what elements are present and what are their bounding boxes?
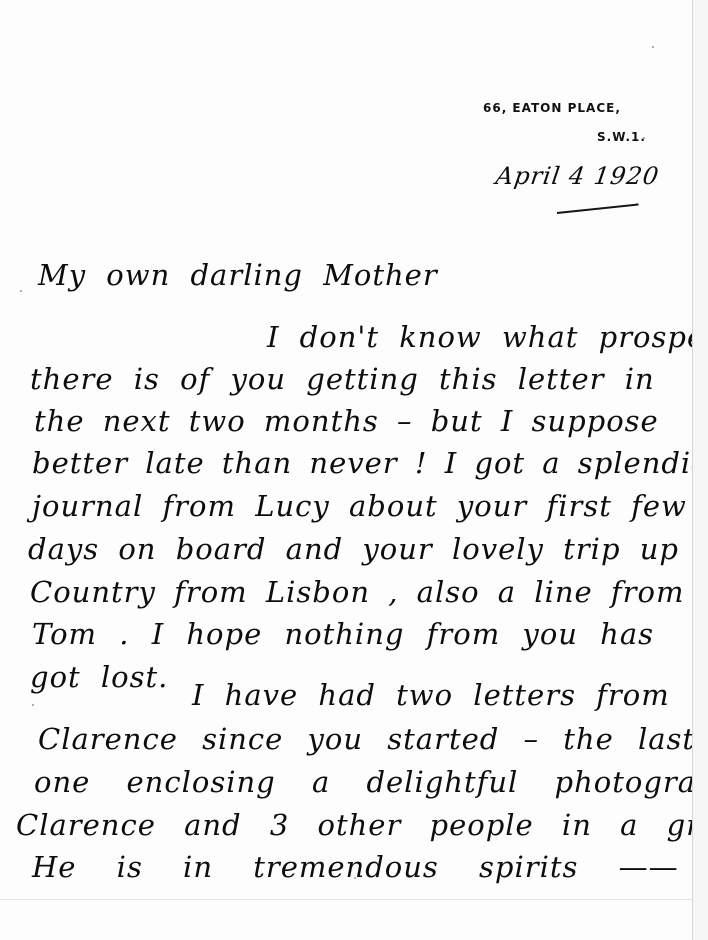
paper-speck (652, 46, 654, 48)
body-line: journal from Lucy about your first few (32, 489, 687, 523)
letterhead-address-line1: 66, EATON PLACE, (483, 101, 621, 115)
body-line: got lost. (30, 660, 168, 694)
paper-speck (354, 877, 356, 879)
letter-page: 66, EATON PLACE, S.W.1. April 4 1920 My … (0, 0, 692, 940)
letter-date: April 4 1920 (494, 162, 661, 190)
date-underline (557, 203, 639, 214)
body-line: better late than never ! I got a splendi… (32, 446, 708, 480)
body-line: there is of you getting this letter in (30, 362, 655, 396)
paper-speck (643, 137, 645, 139)
letterhead-address-line2: S.W.1. (597, 130, 646, 144)
scan-margin (693, 0, 708, 940)
paper-speck (20, 290, 22, 292)
body-line: He is in tremendous spirits —— but (32, 850, 708, 884)
body-line: one enclosing a delightful photograph of (34, 765, 708, 799)
body-line: I have had two letters from (192, 678, 670, 712)
body-line: Clarence since you started – the last (38, 722, 695, 756)
body-line: the next two months – but I suppose (34, 404, 659, 438)
paper-fold-line (0, 899, 692, 900)
salutation: My own darling Mother (38, 258, 438, 292)
body-line: I don't know what prospect (267, 320, 708, 354)
body-line: Country from Lisbon , also a line from (30, 575, 684, 609)
body-line: days on board and your lovely trip up (28, 532, 679, 566)
body-line: Tom . I hope nothing from you has (32, 617, 654, 651)
paper-speck (32, 704, 34, 706)
body-line: Clarence and 3 other people in a group . (16, 808, 708, 842)
